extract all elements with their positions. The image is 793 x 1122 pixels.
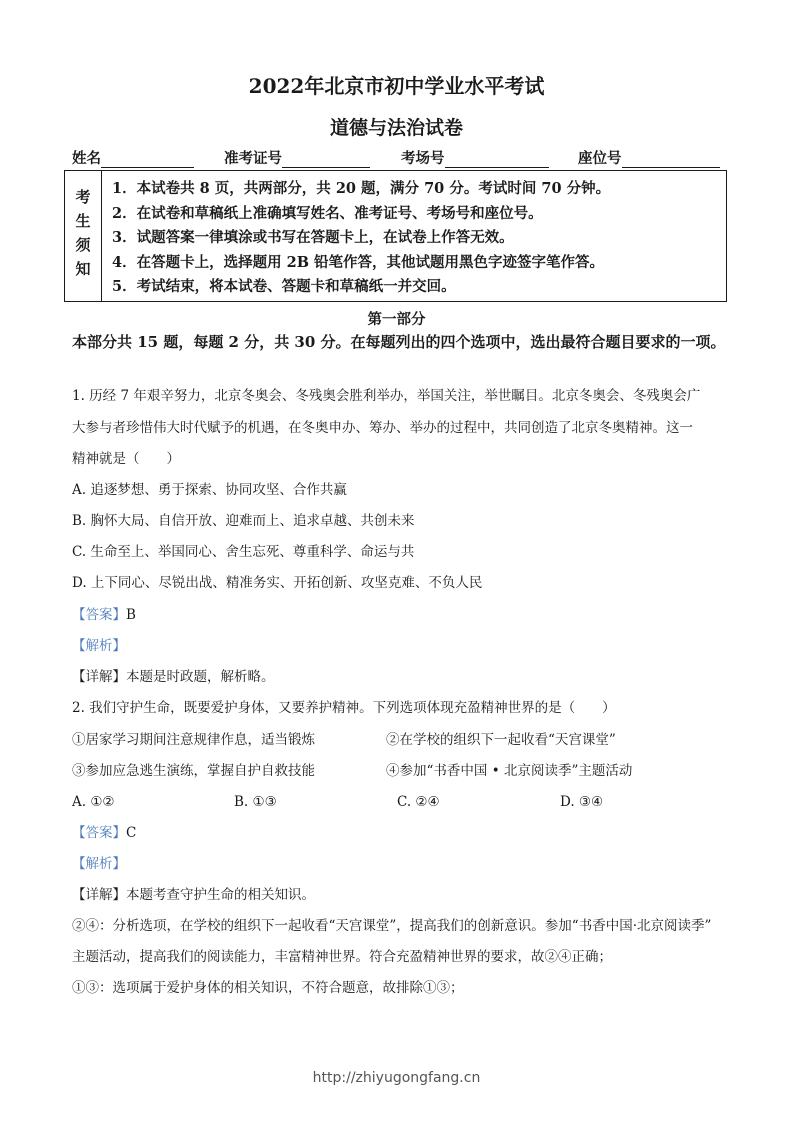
detail-text: 本题是时政题，解析略。 — [126, 669, 275, 685]
notice-item: 4．在答题卡上，选择题用 2B 铅笔作答，其他试题用黑色字迹签字笔作答。 — [112, 251, 720, 276]
field-exam-id-label: 准考证号 — [224, 150, 282, 167]
field-exam-id-blank[interactable] — [282, 152, 370, 168]
q1-stem-line: 精神就是（ ） — [72, 450, 180, 468]
answer-tag: 【答案】 — [72, 607, 126, 623]
field-seat: 座位号 — [578, 147, 720, 168]
notice-side-char: 知 — [65, 257, 101, 281]
detail-text: 本题考查守护生命的相关知识。 — [126, 887, 315, 903]
q2-detail-line: ②④：分析选项，在学校的组织下一起收看“天宫课堂”，提高我们的创新意识。参加“书… — [72, 917, 711, 935]
candidate-info-line: 姓名 准考证号 考场号 座位号 — [72, 147, 722, 167]
q2-analysis: 【解析】 — [72, 855, 126, 873]
q2-option-b: B. ①③ — [234, 793, 277, 811]
field-room: 考场号 — [401, 147, 549, 168]
field-name-blank[interactable] — [101, 152, 194, 168]
field-name-label: 姓名 — [72, 150, 101, 167]
notice-side-char: 须 — [65, 233, 101, 257]
q1-option-a: A. 追逐梦想、勇于探索、协同攻坚、合作共赢 — [72, 481, 347, 499]
q2-statement-4: ④参加“书香中国 • 北京阅读季”主题活动 — [386, 762, 632, 780]
q2-option-a: A. ①② — [72, 793, 115, 811]
q2-answer: 【答案】C — [72, 824, 136, 842]
notice-side-label: 考 生 须 知 — [65, 171, 102, 301]
q1-stem-line: 大参与者珍惜伟大时代赋予的机遇，在冬奥申办、筹办、举办的过程中，共同创造了北京冬… — [72, 419, 693, 437]
q2-detail: 【详解】本题考查守护生命的相关知识。 — [72, 886, 315, 904]
answer-tag: 【答案】 — [72, 825, 126, 841]
q1-option-b: B. 胸怀大局、自信开放、迎难而上、追求卓越、共创未来 — [72, 512, 415, 530]
field-seat-blank[interactable] — [622, 152, 720, 168]
candidate-notice-box: 考 生 须 知 1．本试卷共 8 页，共两部分，共 20 题，满分 70 分。考… — [64, 170, 727, 302]
answer-value: B — [126, 607, 136, 623]
q1-detail: 【详解】本题是时政题，解析略。 — [72, 668, 275, 686]
answer-value: C — [126, 825, 136, 841]
q2-detail-line: 主题活动，提高我们的阅读能力，丰富精神世界。符合充盈精神世界的要求，故②④正确； — [72, 948, 612, 966]
analysis-tag: 【解析】 — [72, 638, 126, 654]
q1-stem-line: 1. 历经 7 年艰辛努力，北京冬奥会、冬残奥会胜利举办，举国关注，举世瞩目。北… — [72, 387, 700, 405]
q1-answer: 【答案】B — [72, 606, 136, 624]
notice-side-char: 考 — [65, 185, 101, 209]
notice-side-char: 生 — [65, 209, 101, 233]
field-room-blank[interactable] — [445, 152, 549, 168]
detail-tag: 【详解】 — [72, 669, 126, 685]
field-exam-id: 准考证号 — [224, 147, 370, 168]
notice-items: 1．本试卷共 8 页，共两部分，共 20 题，满分 70 分。考试时间 70 分… — [112, 177, 720, 300]
q2-stem-line: 2. 我们守护生命，既要爱护身体，又要养护精神。下列选项体现充盈精神世界的是（ … — [72, 699, 616, 717]
notice-item: 3．试题答案一律填涂或书写在答题卡上，在试卷上作答无效。 — [112, 226, 720, 251]
q1-option-d: D. 上下同心、尽锐出战、精准务实、开拓创新、攻坚克难、不负人民 — [72, 574, 482, 592]
detail-tag: 【详解】 — [72, 887, 126, 903]
q2-detail-line: ①③：选项属于爱护身体的相关知识，不符合题意，故排除①③； — [72, 979, 464, 997]
q2-statement-2: ②在学校的组织下一起收看“天宫课堂” — [386, 731, 616, 749]
footer-url[interactable]: http://zhiyugongfang.cn — [0, 1070, 793, 1086]
analysis-tag: 【解析】 — [72, 856, 126, 872]
q2-statement-1: ①居家学习期间注意规律作息，适当锻炼 — [72, 731, 315, 749]
q1-option-c: C. 生命至上、举国同心、舍生忘死、尊重科学、命运与共 — [72, 543, 414, 561]
exam-page: 2022年北京市初中学业水平考试 道德与法治试卷 姓名 准考证号 考场号 座位号… — [0, 0, 793, 1122]
q2-option-d: D. ③④ — [560, 793, 603, 811]
notice-item: 1．本试卷共 8 页，共两部分，共 20 题，满分 70 分。考试时间 70 分… — [112, 177, 720, 202]
exam-title: 2022年北京市初中学业水平考试 — [0, 70, 793, 99]
field-name: 姓名 — [72, 147, 194, 168]
notice-item: 5．考试结束，将本试卷、答题卡和草稿纸一并交回。 — [112, 275, 720, 300]
notice-item: 2．在试卷和草稿纸上准确填写姓名、准考证号、考场号和座位号。 — [112, 202, 720, 227]
q1-analysis: 【解析】 — [72, 637, 126, 655]
q2-statement-3: ③参加应急逃生演练，掌握自护自救技能 — [72, 762, 315, 780]
q2-option-c: C. ②④ — [397, 793, 440, 811]
part-title: 第一部分 — [0, 308, 793, 329]
field-seat-label: 座位号 — [578, 150, 622, 167]
exam-subtitle: 道德与法治试卷 — [0, 113, 793, 140]
part-description: 本部分共 15 题，每题 2 分，共 30 分。在每题列出的四个选项中，选出最符… — [72, 330, 732, 355]
field-room-label: 考场号 — [401, 150, 445, 167]
